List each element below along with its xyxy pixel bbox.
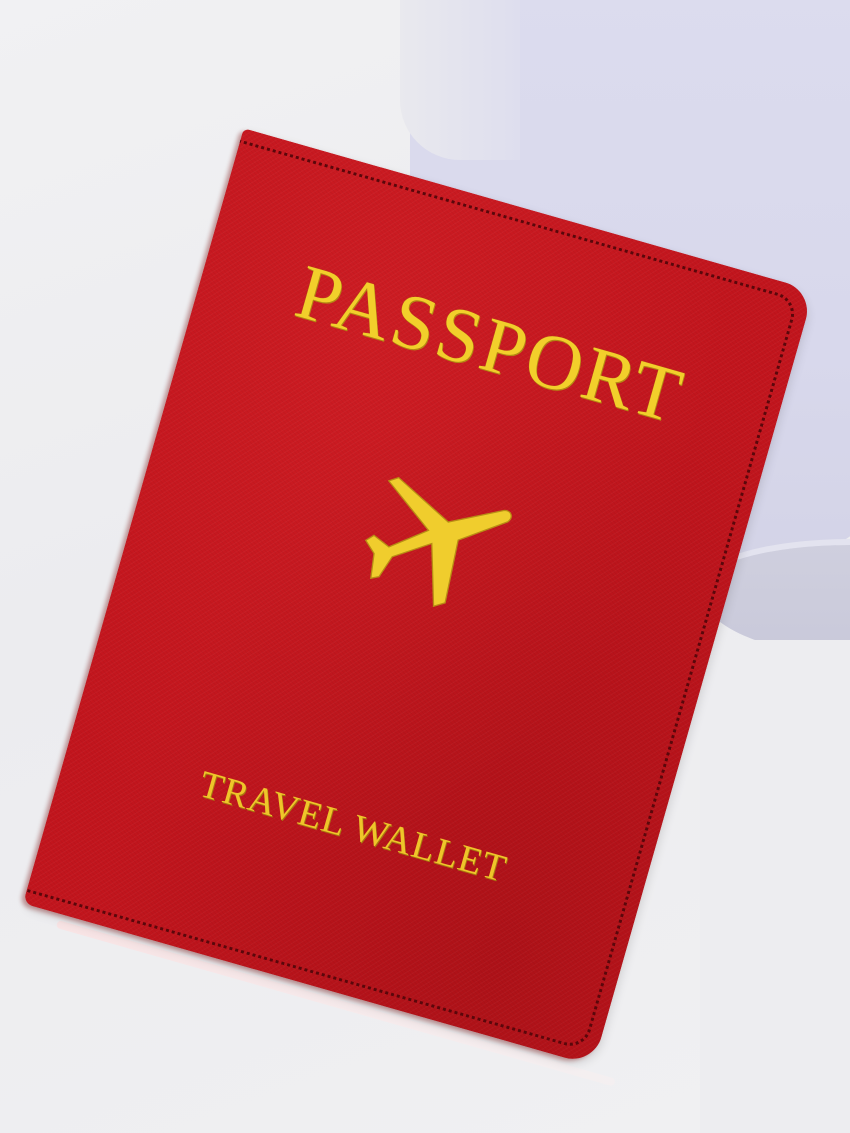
cylinder-shadow bbox=[400, 0, 520, 160]
background-surface bbox=[700, 640, 850, 1133]
